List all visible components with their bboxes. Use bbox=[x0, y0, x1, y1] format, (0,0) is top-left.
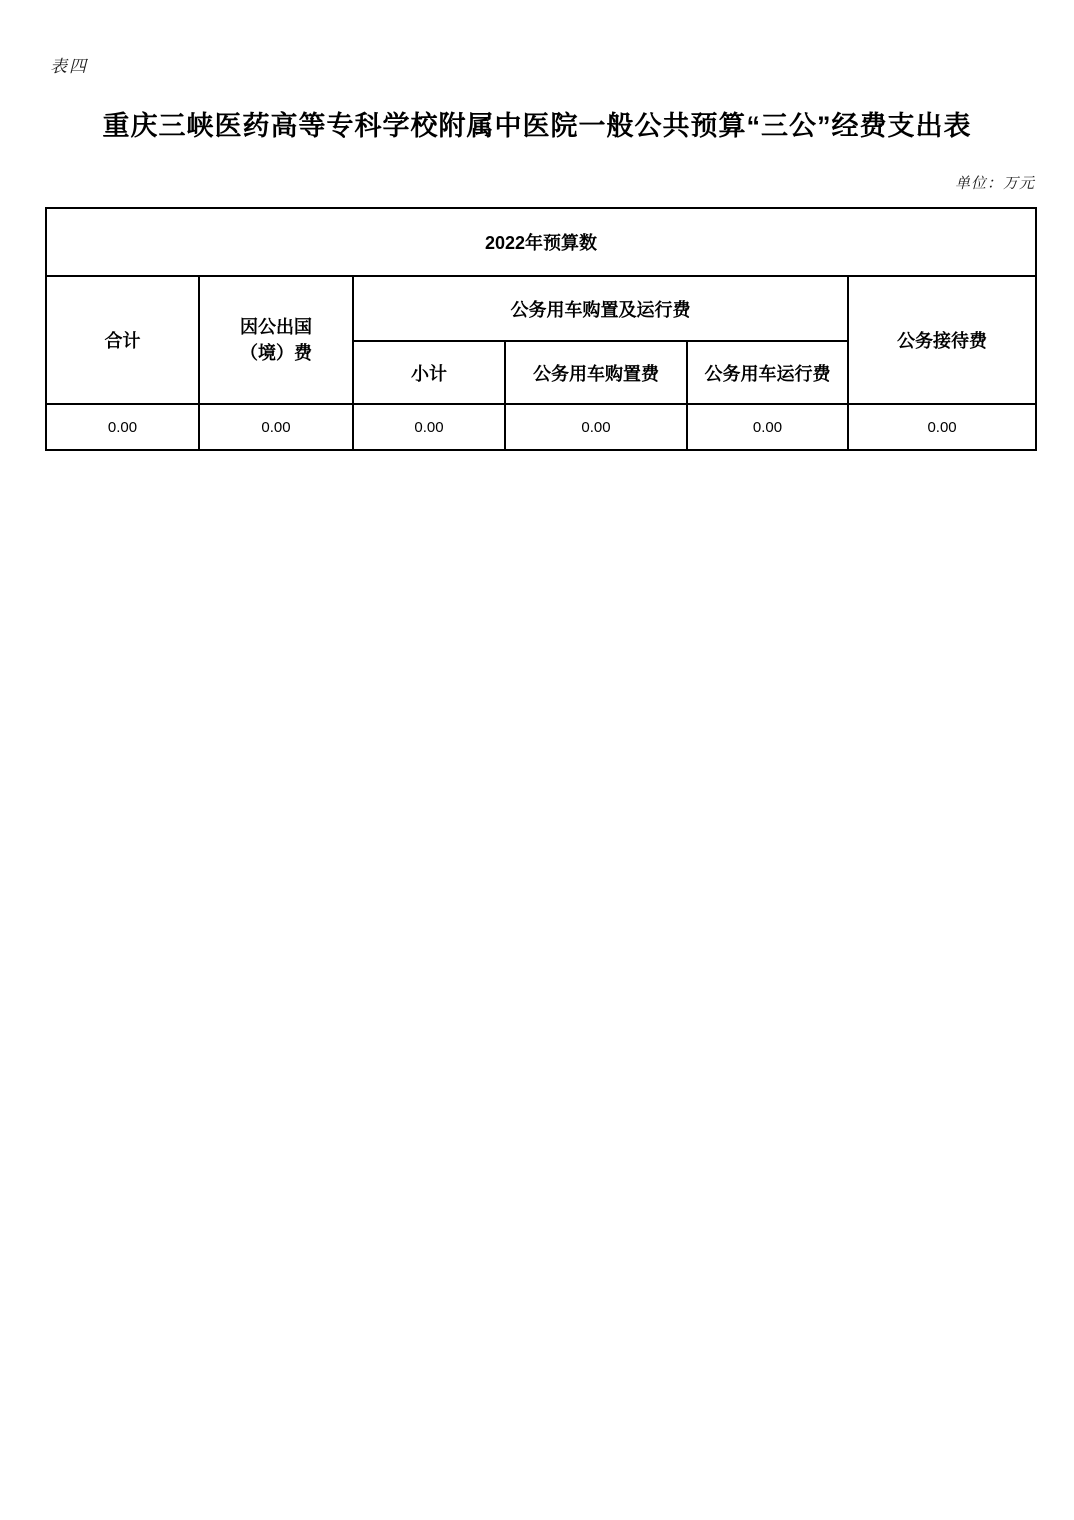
value-abroad-expense: 0.00 bbox=[199, 404, 353, 450]
header-abroad-expense: 因公出国 （境）费 bbox=[199, 276, 353, 404]
header-total: 合计 bbox=[46, 276, 199, 404]
value-total: 0.00 bbox=[46, 404, 199, 450]
header-vehicle-purchase: 公务用车购置费 bbox=[505, 341, 687, 404]
budget-table: 2022年预算数 合计 因公出国 （境）费 公务用车购置及运行费 公务接待费 小… bbox=[45, 207, 1037, 451]
document-page: 表四 重庆三峡医药高等专科学校附属中医院一般公共预算“三公”经费支出表 单位：万… bbox=[0, 0, 1074, 1520]
value-vehicle-purchase: 0.00 bbox=[505, 404, 687, 450]
table-row-year: 2022年预算数 bbox=[46, 208, 1036, 276]
table-number-label: 表四 bbox=[50, 52, 88, 77]
table-row-data: 0.00 0.00 0.00 0.00 0.00 0.00 bbox=[46, 404, 1036, 450]
header-reception-expense: 公务接待费 bbox=[848, 276, 1036, 404]
year-header-cell: 2022年预算数 bbox=[46, 208, 1036, 276]
table-row-header-main: 合计 因公出国 （境）费 公务用车购置及运行费 公务接待费 bbox=[46, 276, 1036, 341]
value-vehicle-subtotal: 0.00 bbox=[353, 404, 505, 450]
page-title: 重庆三峡医药高等专科学校附属中医院一般公共预算“三公”经费支出表 bbox=[0, 104, 1074, 143]
value-vehicle-operation: 0.00 bbox=[687, 404, 848, 450]
header-vehicle-subtotal: 小计 bbox=[353, 341, 505, 404]
unit-note: 单位：万元 bbox=[955, 172, 1035, 193]
header-vehicle-group: 公务用车购置及运行费 bbox=[353, 276, 848, 341]
value-reception-expense: 0.00 bbox=[848, 404, 1036, 450]
header-vehicle-operation: 公务用车运行费 bbox=[687, 341, 848, 404]
